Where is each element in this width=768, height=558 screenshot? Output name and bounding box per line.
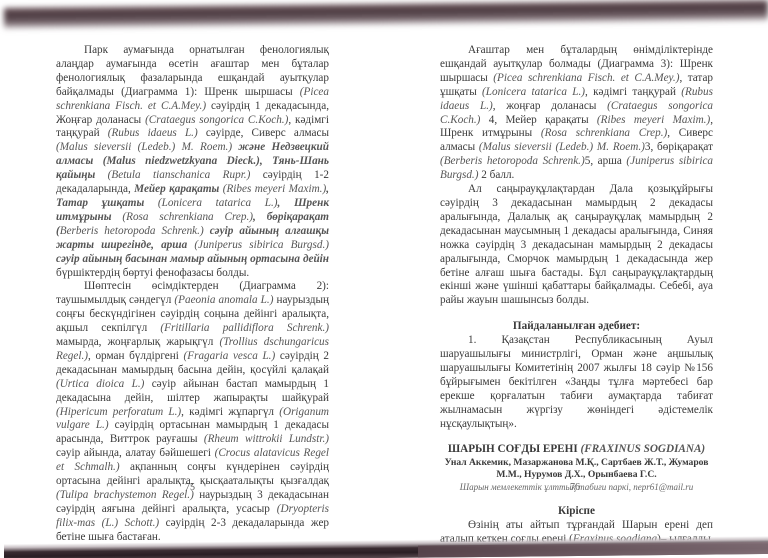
intro-heading: Кіріспе <box>440 505 713 519</box>
left-paragraph-1: Парк аумағында орнатылған фенологиялық а… <box>56 44 329 280</box>
references-heading: Пайдаланылған әдебиет: <box>440 320 713 334</box>
article-authors: Унал Аккемик, Мазаржанова М.Қ., Сартбаев… <box>440 457 713 481</box>
page-number-right: 76 <box>570 482 580 493</box>
right-paragraph-1: Ағаштар мен бұталардың өнімділіктерінде … <box>440 44 713 183</box>
left-page: Парк аумағында орнатылған фенологиялық а… <box>56 44 329 545</box>
right-page: Ағаштар мен бұталардың өнімділіктерінде … <box>440 44 713 547</box>
page-number-left: 75 <box>185 482 195 493</box>
article-title: ШАРЫН СОҒДЫ ЕРЕНІ (FRAXINUS SOGDIANA) <box>440 443 713 457</box>
right-paragraph-2: Ал саңырауқұлақтардан Дала қозықұйрығы с… <box>440 183 713 308</box>
reference-1: 1. Қазақстан Республикасының Ауыл шаруаш… <box>440 334 713 431</box>
left-paragraph-2: Шөптесін өсімдіктерден (Диаграмма 2): та… <box>56 280 329 544</box>
scan-shadow-top <box>0 0 768 40</box>
